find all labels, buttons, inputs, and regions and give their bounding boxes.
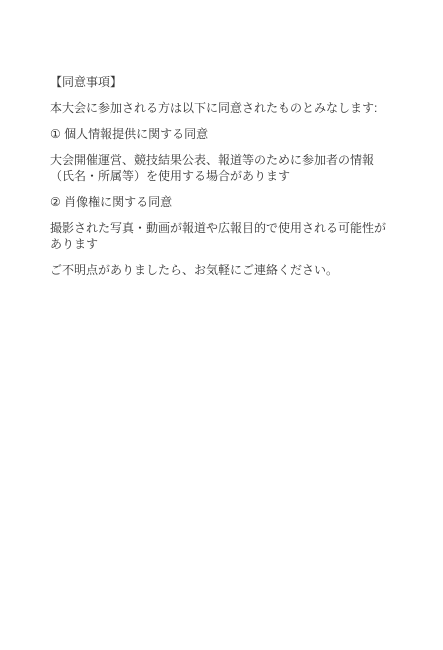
document-title: 【同意事項】 <box>50 74 393 90</box>
intro-line: 本大会に参加される方は以下に同意されたものとみなします: <box>50 100 393 116</box>
consent-document: 【同意事項】 本大会に参加される方は以下に同意されたものとみなします: ① 個人… <box>0 0 443 278</box>
item-2-body: 撮影された写真・動画が報道や広報目的で使用される可能性があります <box>50 220 393 252</box>
item-2-heading: ② 肖像権に関する同意 <box>50 194 393 210</box>
item-1-body: 大会開催運営、競技結果公表、報道等のために参加者の情報（氏名・所属等）を使用する… <box>50 152 393 184</box>
item-1-heading: ① 個人情報提供に関する同意 <box>50 126 393 142</box>
closing-line: ご不明点がありましたら、お気軽にご連絡ください。 <box>50 262 393 278</box>
